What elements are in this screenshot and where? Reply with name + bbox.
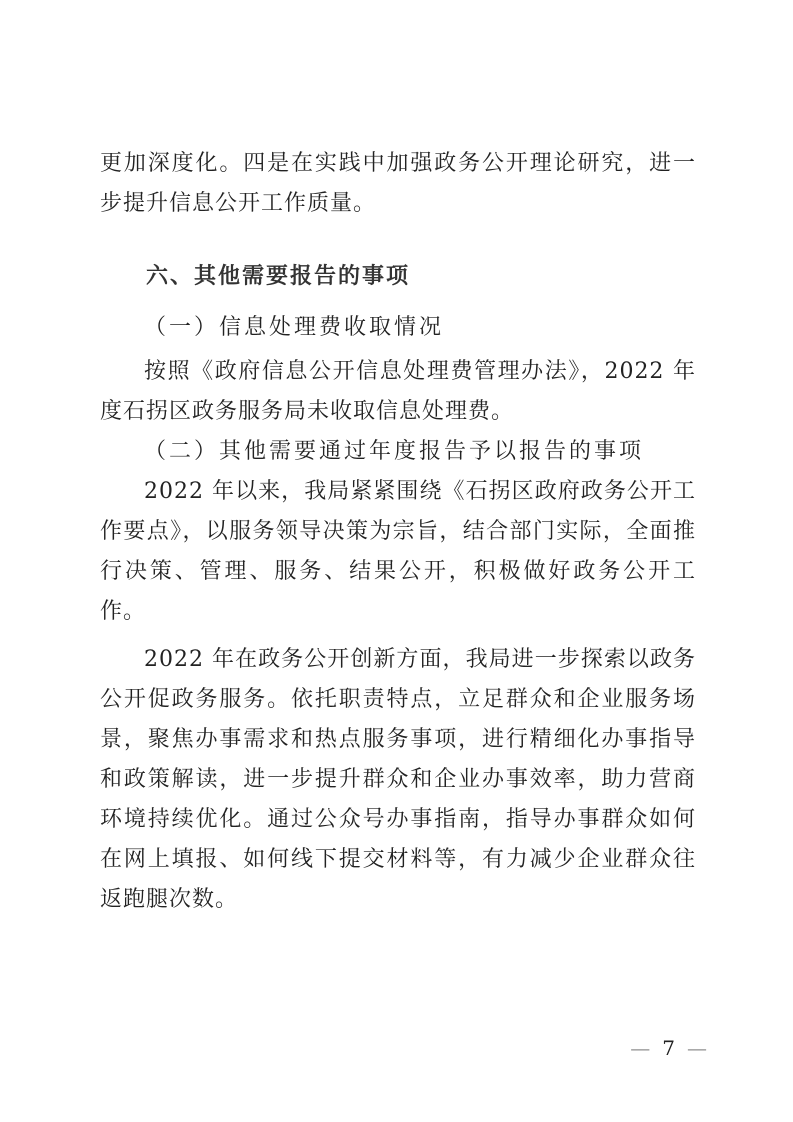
subsection-2-paragraph-2: 2022 年在政务公开创新方面，我局进一步探索以政务公开促政务服务。依托职责特点… bbox=[100, 640, 696, 920]
subsection-2-heading: （二）其他需要通过年度报告予以报告的事项 bbox=[100, 432, 696, 472]
footer-dash-left: — bbox=[630, 1036, 650, 1060]
footer-dash-right: — bbox=[687, 1036, 707, 1060]
paragraph-continuation: 更加深度化。四是在实践中加强政务公开理论研究，进一步提升信息公开工作质量。 bbox=[100, 144, 696, 224]
subsection-1-paragraph: 按照《政府信息公开信息处理费管理办法》，2022 年度石拐区政务服务局未收取信息… bbox=[100, 352, 696, 432]
section-heading: 六、其他需要报告的事项 bbox=[100, 256, 696, 296]
page-number: 7 bbox=[662, 1036, 675, 1060]
subsection-2-paragraph-1: 2022 年以来，我局紧紧围绕《石拐区政府政务公开工作要点》，以服务领导决策为宗… bbox=[100, 472, 696, 632]
page-footer: —7— bbox=[630, 1036, 707, 1060]
document-page: 更加深度化。四是在实践中加强政务公开理论研究，进一步提升信息公开工作质量。 六、… bbox=[0, 0, 793, 1122]
subsection-1-heading: （一）信息处理费收取情况 bbox=[100, 308, 696, 348]
document-body: 更加深度化。四是在实践中加强政务公开理论研究，进一步提升信息公开工作质量。 六、… bbox=[100, 144, 696, 920]
